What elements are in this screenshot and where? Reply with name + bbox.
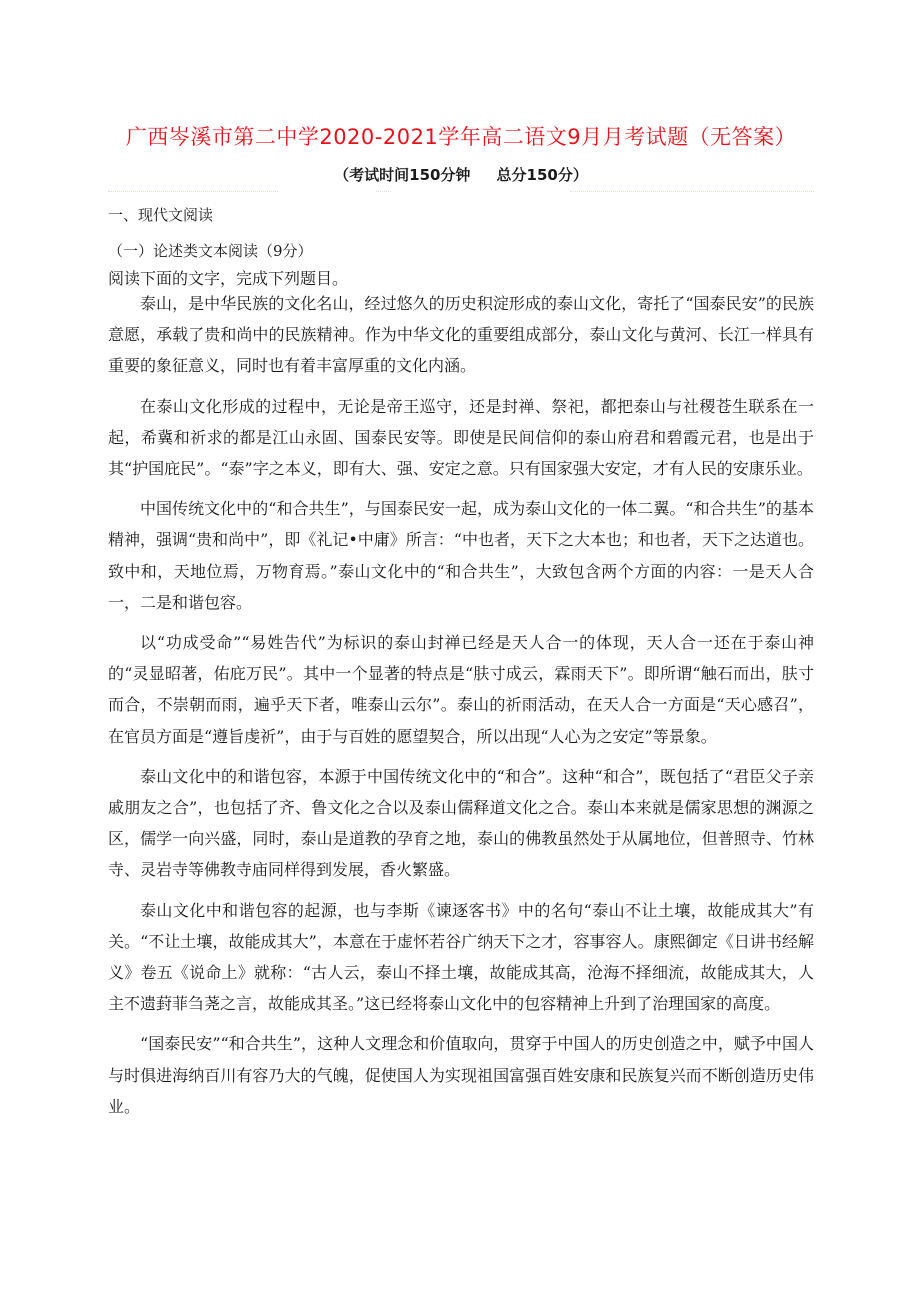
paragraph: 中国传统文化中的“和合共生”，与国泰民安一起，成为泰山文化的一体二翼。“和合共生… — [108, 493, 814, 618]
dotted-divider-right — [570, 191, 814, 192]
paragraph: 泰山文化中的和谐包容，本源于中国传统文化中的“和合”。这种“和合”，既包括了“君… — [108, 761, 814, 886]
dotted-divider-mid — [376, 191, 391, 192]
subsection-heading: （一）论述类文本阅读（9分） — [108, 240, 313, 261]
paragraph: 以“功成受命”“易姓告代”为标识的泰山封禅已经是天人合一的体现，天人合一还在于泰… — [108, 627, 814, 752]
reading-instruction: 阅读下面的文字，完成下列题目。 — [108, 266, 348, 289]
section-heading: 一、现代文阅读 — [108, 204, 213, 225]
paragraph: 在泰山文化形成的过程中，无论是帝王巡守，还是封禅、祭祀，都把泰山与社稷苍生联系在… — [108, 391, 814, 485]
exam-info-subtitle: （考试时间150分钟 总分150分） — [108, 164, 814, 185]
paragraph: 泰山，是中华民族的文化名山，经过悠久的历史积淀形成的泰山文化，寄托了“国泰民安”… — [108, 288, 814, 382]
paragraph: “国泰民安”“和合共生”，这种人文理念和价值取向，贯穿于中国人的历史创造之中，赋… — [108, 1028, 814, 1122]
paragraph: 泰山文化中和谐包容的起源，也与李斯《谏逐客书》中的名句“泰山不让土壤，故能成其大… — [108, 895, 814, 1020]
passage: 泰山，是中华民族的文化名山，经过悠久的历史积淀形成的泰山文化，寄托了“国泰民安”… — [108, 288, 814, 1122]
dotted-divider-left — [108, 191, 278, 192]
document-title: 广西岑溪市第二中学2020-2021学年高二语文9月月考试题（无答案） — [108, 121, 814, 151]
